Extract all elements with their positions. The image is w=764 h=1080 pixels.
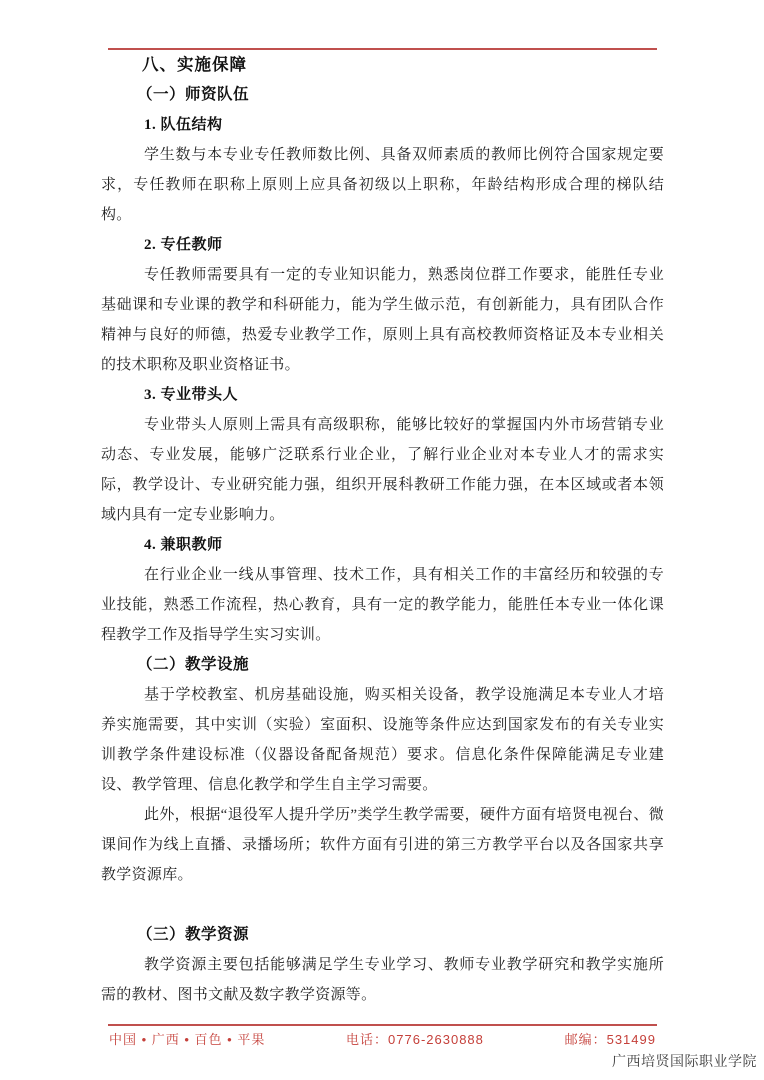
subsection-heading-program-leader: 3. 专业带头人 (101, 380, 664, 410)
paragraph-team-structure: 学生数与本专业专任教师数比例、具备双师素质的教师比例符合国家规定要求，专任教师在… (101, 140, 664, 230)
section-heading-teaching-facilities: （二）教学设施 (101, 650, 664, 680)
paragraph-facilities-2: 此外，根据“退役军人提升学历”类学生教学需要，硬件方面有培贤电视台、微课间作为线… (101, 800, 664, 890)
section-heading-teaching-resources: （三）教学资源 (101, 920, 664, 950)
section-gap (101, 890, 664, 920)
footer-postcode: 邮编：531499 (565, 1029, 656, 1048)
document-page: 八、实施保障 （一）师资队伍 1. 队伍结构 学生数与本专业专任教师数比例、具备… (0, 0, 764, 1010)
main-heading: 八、实施保障 (101, 50, 664, 80)
paragraph-fulltime-teachers: 专任教师需要具有一定的专业知识能力，熟悉岗位群工作要求，能胜任专业基础课和专业课… (101, 260, 664, 380)
section-heading-teaching-staff: （一）师资队伍 (101, 80, 664, 110)
paragraph-parttime-teachers: 在行业企业一线从事管理、技术工作，具有相关工作的丰富经历和较强的专业技能，熟悉工… (101, 560, 664, 650)
paragraph-resources: 教学资源主要包括能够满足学生专业学习、教师专业教学研究和教学实施所需的教材、图书… (101, 950, 664, 1010)
page-footer: 中国 • 广西 • 百色 • 平果 电话：0776-2630888 邮编：531… (101, 1024, 664, 1048)
footer-location: 中国 • 广西 • 百色 • 平果 (109, 1029, 265, 1048)
school-name: 广西培贤国际职业学院 (612, 1051, 757, 1071)
paragraph-program-leader: 专业带头人原则上需具有高级职称，能够比较好的掌握国内外市场营销专业动态、专业发展… (101, 410, 664, 530)
subsection-heading-team-structure: 1. 队伍结构 (101, 110, 664, 140)
paragraph-facilities-1: 基于学校教室、机房基础设施，购买相关设备，教学设施满足本专业人才培养实施需要，其… (101, 680, 664, 800)
footer-phone: 电话：0776-2630888 (346, 1029, 484, 1048)
subsection-heading-fulltime-teachers: 2. 专任教师 (101, 230, 664, 260)
footer-row: 中国 • 广西 • 百色 • 平果 电话：0776-2630888 邮编：531… (101, 1026, 664, 1048)
subsection-heading-parttime-teachers: 4. 兼职教师 (101, 530, 664, 560)
